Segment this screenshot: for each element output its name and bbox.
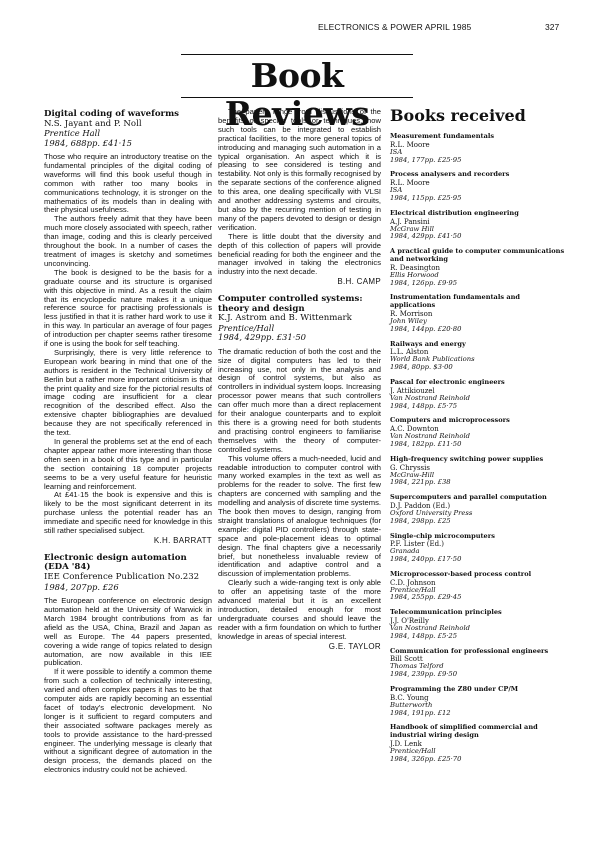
books-received-item: Process analysers and recordersR.L. Moor… — [390, 171, 565, 202]
book-details: 1984, 148pp. £5·75 — [390, 403, 565, 411]
book-details: 1984, 429pp. £41·50 — [390, 233, 565, 241]
book-details: 1984, 298pp. £25 — [390, 518, 565, 526]
book-details: 1984, 221pp. £38 — [390, 479, 565, 487]
reviewer-signature: K.H. BARRATT — [44, 537, 212, 546]
book-title: A practical guide to computer communicat… — [390, 248, 565, 264]
review-title: Computer controlled systems: theory and … — [218, 295, 381, 314]
review-header: Computer controlled systems: theory and … — [218, 295, 381, 343]
book-title: Handbook of simplified commercial and in… — [390, 724, 565, 740]
books-received-item: Single-chip microcomputersP.F. Lister (E… — [390, 533, 565, 564]
book-author: R.L. Moore — [390, 141, 565, 149]
review-paragraph: Those who require an introductory treati… — [44, 153, 212, 215]
book-details: 1984, 239pp. £9·50 — [390, 671, 565, 679]
review-computer-controlled: Computer controlled systems: theory and … — [218, 295, 381, 651]
review-eda-continued: The papers range from discussions of the… — [218, 108, 381, 287]
book-details: 1984, 240pp. £17·50 — [390, 556, 565, 564]
review-paragraph: Surprisingly, there is very little refer… — [44, 349, 212, 438]
books-received-item: Electrical distribution engineeringA.J. … — [390, 210, 565, 241]
review-eda: Electronic design automation (EDA '84) I… — [44, 554, 212, 775]
book-title: Instrumentation fundamentals and applica… — [390, 294, 565, 310]
book-title: Communication for professional engineers — [390, 648, 565, 656]
books-received-item: Instrumentation fundamentals and applica… — [390, 294, 565, 333]
middle-column: The papers range from discussions of the… — [218, 108, 381, 660]
review-paragraph: This volume offers a much-needed, lucid … — [218, 455, 381, 580]
review-paragraph: The authors freely admit that they have … — [44, 215, 212, 268]
book-title: Railways and energy — [390, 341, 565, 349]
page-number: 327 — [545, 22, 559, 32]
books-received-item: Telecommunication principlesJ.J. O'Reill… — [390, 609, 565, 640]
book-details: 1984, 115pp. £25·95 — [390, 195, 565, 203]
books-received-item: Railways and energyL.L. AlstonWorld Bank… — [390, 341, 565, 372]
book-title: Process analysers and recorders — [390, 171, 565, 179]
books-received-item: Supercomputers and parallel computationD… — [390, 494, 565, 525]
book-details: 1984, 80pp. $3·00 — [390, 364, 565, 372]
review-paragraph: The papers range from discussions of the… — [218, 108, 381, 233]
review-paragraph: The European conference on electronic de… — [44, 597, 212, 668]
review-paragraph: There is little doubt that the diversity… — [218, 233, 381, 278]
books-received-item: High-frequency switching power suppliesG… — [390, 456, 565, 487]
book-title: Computers and microprocessors — [390, 417, 565, 425]
review-paragraph: If it were possible to identify a common… — [44, 668, 212, 775]
right-column: Books received Measurement fundamentalsR… — [390, 106, 565, 771]
books-received-item: Handbook of simplified commercial and in… — [390, 724, 565, 763]
book-title: High-frequency switching power supplies — [390, 456, 565, 464]
review-paragraph: In general the problems set at the end o… — [44, 438, 212, 491]
book-details: 1984, 182pp. £11·50 — [390, 441, 565, 449]
book-title: Measurement fundamentals — [390, 133, 565, 141]
book-details: 1984, 148pp. £5·25 — [390, 633, 565, 641]
book-details: 1984, 177pp. £25·95 — [390, 157, 565, 165]
reviewer-signature: G.E. TAYLOR — [218, 643, 381, 652]
book-title: Programming the Z80 under CP/M — [390, 686, 565, 694]
review-paragraph: At £41·15 the book is expensive and this… — [44, 491, 212, 536]
review-paragraph: The dramatic reduction of both the cost … — [218, 348, 381, 455]
review-details: 1984, 429pp. £31·50 — [218, 333, 381, 342]
review-header: Digital coding of waveforms N.S. Jayant … — [44, 110, 212, 148]
books-received-item: Pascal for electronic engineersJ. Attiki… — [390, 379, 565, 410]
reviewer-signature: B.H. CAMP — [218, 278, 381, 287]
left-column: Digital coding of waveforms N.S. Jayant … — [44, 110, 212, 775]
book-title: Single-chip microcomputers — [390, 533, 565, 541]
review-paragraph: Clearly such a wide-ranging text is only… — [218, 579, 381, 641]
books-received-item: Computers and microprocessorsA.C. Downto… — [390, 417, 565, 448]
page-title-block: Book Reviews — [181, 54, 413, 98]
book-details: 1984, 144pp. £20·80 — [390, 326, 565, 334]
review-paragraph: The book is designed to be the basis for… — [44, 269, 212, 349]
review-paragraph-text: If it were possible to identify a common… — [44, 667, 212, 774]
books-received-heading: Books received — [390, 106, 565, 126]
book-details: 1984, 126pp. £9·95 — [390, 280, 565, 288]
book-author: R.L. Moore — [390, 179, 565, 187]
books-received-item: Programming the Z80 under CP/MB.C. Young… — [390, 686, 565, 717]
review-header: Electronic design automation (EDA '84) I… — [44, 554, 212, 592]
review-digital-coding: Digital coding of waveforms N.S. Jayant … — [44, 110, 212, 546]
book-title: Electrical distribution engineering — [390, 210, 565, 218]
book-title: Microprocessor-based process control — [390, 571, 565, 579]
books-received-list: Measurement fundamentalsR.L. MooreISA198… — [390, 133, 565, 764]
book-details: 1984, 255pp. £29·45 — [390, 594, 565, 602]
review-details: 1984, 688pp. £41·15 — [44, 139, 212, 148]
books-received-item: Measurement fundamentalsR.L. MooreISA198… — [390, 133, 565, 164]
book-details: 1984, 191pp. £12 — [390, 710, 565, 718]
review-details: 1984, 207pp. £26 — [44, 583, 212, 592]
book-title: Supercomputers and parallel computation — [390, 494, 565, 502]
books-received-item: Microprocessor-based process controlC.D.… — [390, 571, 565, 602]
books-received-item: A practical guide to computer communicat… — [390, 248, 565, 287]
running-head: ELECTRONICS & POWER APRIL 1985 — [318, 22, 471, 32]
book-title: Telecommunication principles — [390, 609, 565, 617]
books-received-item: Communication for professional engineers… — [390, 648, 565, 679]
review-title: Electronic design automation (EDA '84) — [44, 554, 212, 573]
book-title: Pascal for electronic engineers — [390, 379, 565, 387]
book-details: 1984, 326pp. £25·70 — [390, 756, 565, 764]
